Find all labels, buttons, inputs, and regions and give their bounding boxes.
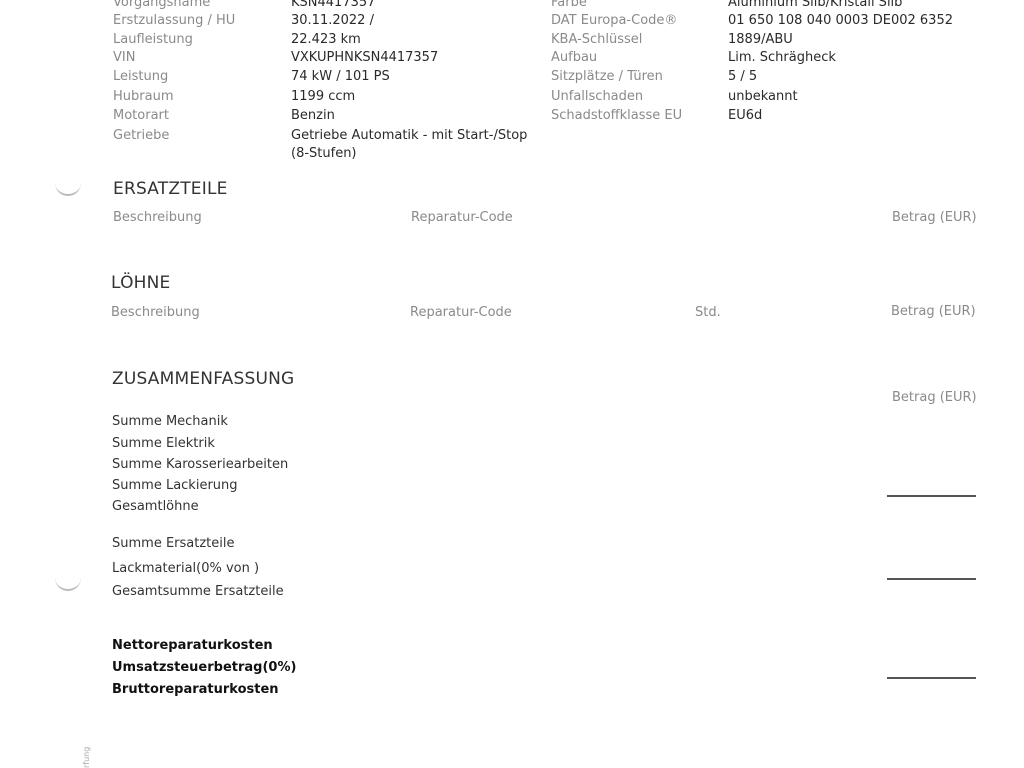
label-laufleistung: Laufleistung bbox=[113, 32, 193, 47]
total-row: Bruttoreparaturkosten bbox=[112, 682, 279, 697]
column-beschreibung: Beschreibung bbox=[113, 210, 202, 225]
label-farbe: Farbe bbox=[551, 0, 587, 10]
label-schadstoffklasse: Schadstoffklasse EU bbox=[551, 108, 682, 123]
value-getriebe-line2: (8-Stufen) bbox=[291, 146, 357, 161]
label-dat-code: DAT Europa-Code® bbox=[551, 13, 677, 28]
subtotal-line bbox=[887, 495, 976, 497]
value-laufleistung: 22.423 km bbox=[291, 32, 361, 47]
punch-hole-mark bbox=[55, 180, 81, 196]
label-aufbau: Aufbau bbox=[551, 50, 597, 65]
subtotal-line bbox=[887, 578, 976, 580]
value-vorgangsname: KSN4417357 bbox=[291, 0, 375, 10]
punch-hole-mark bbox=[55, 575, 81, 591]
summary-row: Gesamtsumme Ersatzteile bbox=[112, 584, 284, 599]
column-std: Std. bbox=[695, 305, 721, 320]
value-leistung: 74 kW / 101 PS bbox=[291, 69, 390, 84]
value-motorart: Benzin bbox=[291, 108, 335, 123]
label-leistung: Leistung bbox=[113, 69, 168, 84]
value-schadstoffklasse: EU6d bbox=[728, 108, 762, 123]
value-sitzplaetze: 5 / 5 bbox=[728, 69, 757, 84]
summary-row: Lackmaterial(0% von ) bbox=[112, 561, 259, 576]
value-vin: VXKUPHNKSN4417357 bbox=[291, 50, 438, 65]
value-unfallschaden: unbekannt bbox=[728, 89, 798, 104]
column-reparatur-code: Reparatur-Code bbox=[410, 305, 512, 320]
section-title-loehne: LÖHNE bbox=[111, 273, 171, 293]
section-title-ersatzteile: ERSATZTEILE bbox=[113, 179, 228, 199]
side-margin-text: rfung bbox=[82, 747, 91, 768]
label-motorart: Motorart bbox=[113, 108, 169, 123]
value-aufbau: Lim. Schrägheck bbox=[728, 50, 836, 65]
total-row: Nettoreparaturkosten bbox=[112, 638, 273, 653]
total-line bbox=[887, 677, 976, 679]
value-farbe: Aluminium Silb/Kristall Silb bbox=[728, 0, 902, 10]
value-kba: 1889/ABU bbox=[728, 32, 793, 47]
total-row: Umsatzsteuerbetrag(0%) bbox=[112, 660, 296, 675]
column-betrag: Betrag (EUR) bbox=[892, 210, 977, 225]
label-unfallschaden: Unfallschaden bbox=[551, 89, 643, 104]
summary-row: Summe Lackierung bbox=[112, 478, 238, 493]
column-beschreibung: Beschreibung bbox=[111, 305, 200, 320]
summary-row: Summe Karosseriearbeiten bbox=[112, 457, 288, 472]
label-vorgangsname: Vorgangsname bbox=[113, 0, 210, 10]
label-erstzulassung: Erstzulassung / HU bbox=[113, 13, 235, 28]
value-dat-code: 01 650 108 040 0003 DE002 6352 bbox=[728, 13, 953, 28]
label-kba: KBA-Schlüssel bbox=[551, 32, 642, 47]
summary-row: Gesamtlöhne bbox=[112, 499, 199, 514]
column-reparatur-code: Reparatur-Code bbox=[411, 210, 513, 225]
column-betrag: Betrag (EUR) bbox=[892, 390, 977, 405]
label-hubraum: Hubraum bbox=[113, 89, 173, 104]
column-betrag: Betrag (EUR) bbox=[891, 304, 976, 319]
summary-row: Summe Elektrik bbox=[112, 436, 215, 451]
summary-row: Summe Ersatzteile bbox=[112, 536, 234, 551]
summary-row: Summe Mechanik bbox=[112, 414, 228, 429]
value-getriebe: Getriebe Automatik - mit Start-/Stop bbox=[291, 128, 527, 143]
value-erstzulassung: 30.11.2022 / bbox=[291, 13, 374, 28]
label-sitzplaetze: Sitzplätze / Türen bbox=[551, 69, 663, 84]
label-vin: VIN bbox=[113, 50, 135, 65]
label-getriebe: Getriebe bbox=[113, 128, 169, 143]
value-hubraum: 1199 ccm bbox=[291, 89, 355, 104]
section-title-zusammenfassung: ZUSAMMENFASSUNG bbox=[112, 369, 294, 389]
